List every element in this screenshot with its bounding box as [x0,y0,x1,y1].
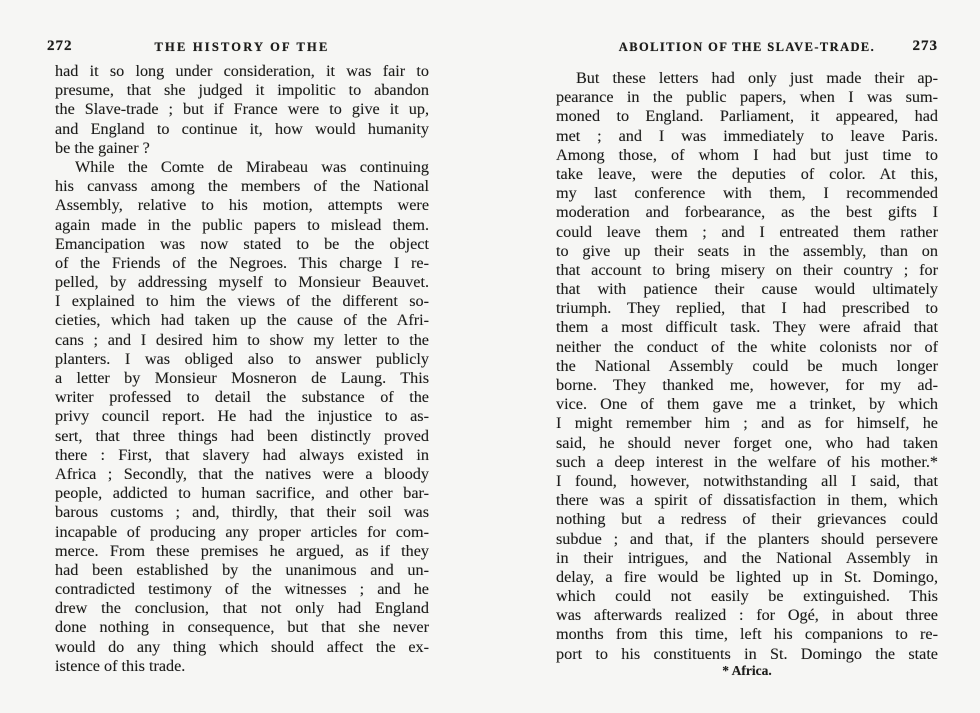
text-line: them a most difficult task. They were af… [556,318,938,337]
text-line: sert, that three things had been distinc… [55,427,429,446]
right-running-title: ABOLITION OF THE SLAVE-TRADE. [556,40,938,55]
text-line: would do any thing which should affect t… [55,638,429,657]
text-line: the Slave-trade ; but if France were to … [55,100,429,119]
text-line: I might remember him ; and as for himsel… [556,414,938,433]
text-line: pelled, by addressing myself to Monsieur… [55,273,429,292]
text-line: moned to England. Parliament, it appeare… [556,107,938,126]
text-line: cieties, which had taken up the cause of… [55,311,429,330]
text-line: writer professed to detail the substance… [55,388,429,407]
text-line: Assembly, relative to his motion, attemp… [55,196,429,215]
text-line: vice. One of them gave me a trinket, by … [556,395,938,414]
text-line: presume, that she judged it impolitic to… [55,81,429,100]
text-line: privy council report. He had the injusti… [55,407,429,426]
text-line: nothing but a redress of their grievance… [556,510,938,529]
left-page-text: had it so long under consideration, it w… [55,62,429,676]
text-line: Emancipation was now stated to be the ob… [55,235,429,254]
text-line: met ; and I was immediately to leave Par… [556,127,938,146]
book-spread: 272 THE HISTORY OF THE ABOLITION OF THE … [0,0,980,713]
text-line: take leave, were the deputies of color. … [556,165,938,184]
text-line: there : First, that slavery had always e… [55,446,429,465]
text-line: merce. From these premises he argued, as… [55,542,429,561]
text-line: in their intrigues, and the National Ass… [556,549,938,568]
text-line: planters. I was obliged also to answer p… [55,350,429,369]
text-line: to give up their seats in the assembly, … [556,242,938,261]
text-line: be the gainer ? [55,139,429,158]
right-page-number: 273 [913,38,939,55]
text-line: which could not easily be extinguished. … [556,587,938,606]
text-line: Africa ; Secondly, that the natives were… [55,465,429,484]
text-line: his canvass among the members of the Nat… [55,177,429,196]
text-line: cans ; and I desired him to show my lett… [55,331,429,350]
text-line: drew the conclusion, that not only had E… [55,599,429,618]
text-line: But these letters had only just made the… [556,69,938,88]
text-line: borne. They thanked me, however, for my … [556,376,938,395]
text-line: done nothing in consequence, but that sh… [55,618,429,637]
left-running-title: THE HISTORY OF THE [55,40,429,55]
text-line: a letter by Monsieur Mosneron de Laung. … [55,369,429,388]
text-line: moderation and forbearance, as the best … [556,203,938,222]
text-line: contradicted testimony of the witnesses … [55,580,429,599]
text-line: delay, a fire would be lighted up in St.… [556,568,938,587]
text-line: barous customs ; and, thirdly, that thei… [55,503,429,522]
right-page-header: ABOLITION OF THE SLAVE-TRADE. 273 [556,40,938,55]
text-line: neither the conduct of the white colonis… [556,338,938,357]
text-line: Among those, of whom I had but just time… [556,146,938,165]
text-line: triumph. They replied, that I had prescr… [556,299,938,318]
text-line: and England to continue it, how would hu… [55,120,429,139]
text-line: the National Assembly could be much long… [556,357,938,376]
text-line: had it so long under consideration, it w… [55,62,429,81]
footnote: * Africa. [556,663,938,679]
text-line: that with patience their cause would ult… [556,280,938,299]
text-line: istence of this trade. [55,657,429,676]
text-line: people, addicted to human sacrifice, and… [55,484,429,503]
text-line: I found, however, notwithstanding all I … [556,472,938,491]
text-line: of the Friends of the Negroes. This char… [55,254,429,273]
text-line: was afterwards realized : for Ogé, in ab… [556,606,938,625]
text-line: could leave them ; and I entreated them … [556,223,938,242]
text-line: months from this time, left his companio… [556,625,938,644]
text-line: pearance in the public papers, when I wa… [556,88,938,107]
text-line: said, he should never forget one, who ha… [556,434,938,453]
text-line: that account to bring misery on their co… [556,261,938,280]
text-line: While the Comte de Mirabeau was continui… [55,158,429,177]
text-line: port to his constituents in St. Domingo … [556,645,938,664]
text-line: I explained to him the views of the diff… [55,292,429,311]
left-page-number: 272 [47,38,73,55]
text-line: incapable of producing any proper articl… [55,523,429,542]
text-line: such a deep interest in the welfare of h… [556,453,938,472]
text-line: again made in the public papers to misle… [55,216,429,235]
left-page-header: 272 THE HISTORY OF THE [55,40,429,55]
right-page-text: But these letters had only just made the… [556,69,938,664]
text-line: my last conference with them, I recommen… [556,184,938,203]
text-line: had been established by the unanimous an… [55,561,429,580]
text-line: subdue ; and that, if the planters shoul… [556,530,938,549]
text-line: there was a spirit of dissatisfaction in… [556,491,938,510]
